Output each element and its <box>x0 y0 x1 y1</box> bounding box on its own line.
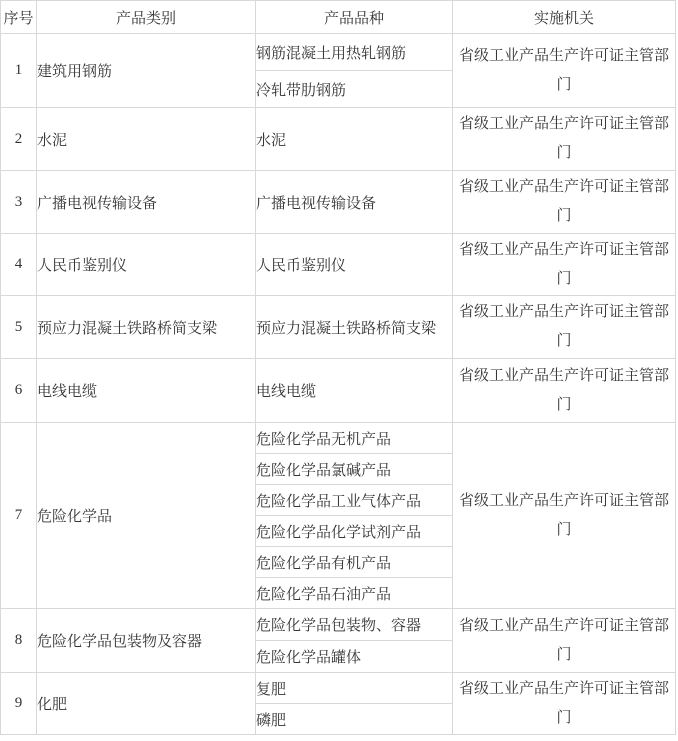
category-cell: 建筑用钢筋 <box>37 34 256 108</box>
category-cell: 危险化学品 <box>37 423 256 609</box>
variety-cell: 危险化学品工业气体产品 <box>256 485 453 516</box>
header-authority: 实施机关 <box>453 1 676 34</box>
category-cell: 电线电缆 <box>37 359 256 423</box>
variety-cell: 钢筋混凝土用热轧钢筋 <box>256 34 453 71</box>
row-no-cell: 8 <box>1 609 37 673</box>
category-cell: 水泥 <box>37 108 256 171</box>
header-variety: 产品品种 <box>256 1 453 34</box>
variety-cell: 水泥 <box>256 108 453 171</box>
variety-cell: 危险化学品罐体 <box>256 641 453 673</box>
variety-cell: 危险化学品石油产品 <box>256 578 453 609</box>
variety-cell: 人民币鉴别仪 <box>256 234 453 296</box>
authority-cell: 省级工业产品生产许可证主管部门 <box>453 609 676 673</box>
variety-cell: 危险化学品氯碱产品 <box>256 454 453 485</box>
product-license-table: 序号 产品类别 产品品种 实施机关 1 建筑用钢筋 钢筋混凝土用热轧钢筋 省级工… <box>0 0 676 735</box>
category-cell: 预应力混凝土铁路桥简支梁 <box>37 296 256 359</box>
variety-cell: 预应力混凝土铁路桥简支梁 <box>256 296 453 359</box>
variety-cell: 复肥 <box>256 673 453 704</box>
row-no-cell: 3 <box>1 171 37 234</box>
page: 序号 产品类别 产品品种 实施机关 1 建筑用钢筋 钢筋混凝土用热轧钢筋 省级工… <box>0 0 678 741</box>
variety-cell: 冷轧带肋钢筋 <box>256 71 453 108</box>
authority-cell: 省级工业产品生产许可证主管部门 <box>453 423 676 609</box>
table-row: 4 人民币鉴别仪 人民币鉴别仪 省级工业产品生产许可证主管部门 <box>1 234 676 296</box>
table-row: 1 建筑用钢筋 钢筋混凝土用热轧钢筋 省级工业产品生产许可证主管部门 <box>1 34 676 71</box>
variety-cell: 危险化学品包装物、容器 <box>256 609 453 641</box>
authority-cell: 省级工业产品生产许可证主管部门 <box>453 171 676 234</box>
row-no-cell: 7 <box>1 423 37 609</box>
category-cell: 化肥 <box>37 673 256 735</box>
row-no-cell: 6 <box>1 359 37 423</box>
row-no-cell: 2 <box>1 108 37 171</box>
table-row: 6 电线电缆 电线电缆 省级工业产品生产许可证主管部门 <box>1 359 676 423</box>
table-row: 2 水泥 水泥 省级工业产品生产许可证主管部门 <box>1 108 676 171</box>
variety-cell: 危险化学品有机产品 <box>256 547 453 578</box>
row-no-cell: 9 <box>1 673 37 735</box>
category-cell: 广播电视传输设备 <box>37 171 256 234</box>
variety-cell: 危险化学品无机产品 <box>256 423 453 454</box>
table-row: 3 广播电视传输设备 广播电视传输设备 省级工业产品生产许可证主管部门 <box>1 171 676 234</box>
table-header-row: 序号 产品类别 产品品种 实施机关 <box>1 1 676 34</box>
table-row: 8 危险化学品包装物及容器 危险化学品包装物、容器 省级工业产品生产许可证主管部… <box>1 609 676 641</box>
category-cell: 危险化学品包装物及容器 <box>37 609 256 673</box>
row-no-cell: 5 <box>1 296 37 359</box>
authority-cell: 省级工业产品生产许可证主管部门 <box>453 108 676 171</box>
category-cell: 人民币鉴别仪 <box>37 234 256 296</box>
authority-cell: 省级工业产品生产许可证主管部门 <box>453 359 676 423</box>
table-row: 7 危险化学品 危险化学品无机产品 省级工业产品生产许可证主管部门 <box>1 423 676 454</box>
authority-cell: 省级工业产品生产许可证主管部门 <box>453 296 676 359</box>
table-row: 5 预应力混凝土铁路桥简支梁 预应力混凝土铁路桥简支梁 省级工业产品生产许可证主… <box>1 296 676 359</box>
authority-cell: 省级工业产品生产许可证主管部门 <box>453 34 676 108</box>
header-category: 产品类别 <box>37 1 256 34</box>
row-no-cell: 4 <box>1 234 37 296</box>
variety-cell: 磷肥 <box>256 704 453 735</box>
authority-cell: 省级工业产品生产许可证主管部门 <box>453 234 676 296</box>
variety-cell: 危险化学品化学试剂产品 <box>256 516 453 547</box>
variety-cell: 广播电视传输设备 <box>256 171 453 234</box>
variety-cell: 电线电缆 <box>256 359 453 423</box>
header-no: 序号 <box>1 1 37 34</box>
table-row: 9 化肥 复肥 省级工业产品生产许可证主管部门 <box>1 673 676 704</box>
row-no-cell: 1 <box>1 34 37 108</box>
authority-cell: 省级工业产品生产许可证主管部门 <box>453 673 676 735</box>
